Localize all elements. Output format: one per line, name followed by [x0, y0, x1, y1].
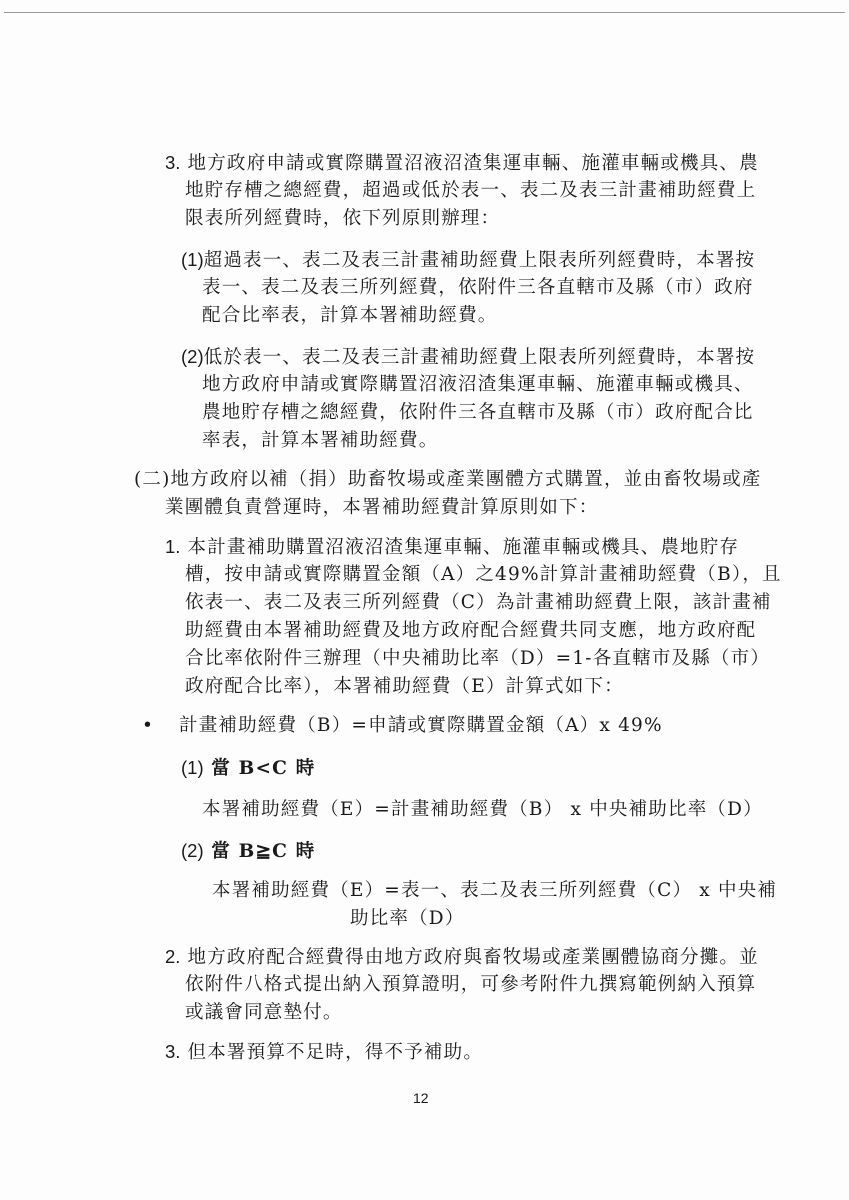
s2-item1-marker: 1. [165, 536, 180, 557]
sub2-line-2: 地方政府申請或實際購置沼液沼渣集運車輛、施灌車輛或機具、 [202, 372, 754, 398]
s2-item2-line-2: 依附件八格式提出納入預算證明，可參考附件九撰寫範例納入預算 [185, 972, 756, 998]
s2-item2-line-3: 或議會同意墊付。 [185, 1000, 343, 1026]
section2-line-1: (二)地方政府以補（捐）助畜牧場或產業團體方式購置，並由畜牧場或產 [134, 467, 762, 493]
case2-marker: (2) [181, 840, 204, 861]
item3-line-3: 限表所列經費時，依下列原則辦理： [185, 206, 500, 232]
case2-heading: (2) 當 B≧C 時 [181, 838, 315, 865]
section2-marker: (二) [134, 469, 171, 490]
sub1-line-3: 配合比率表，計算本署補助經費。 [202, 303, 498, 329]
case2-formula-line-2: 助比率（D） [350, 906, 465, 932]
bullet-marker: • [142, 713, 154, 739]
sub2-line-1: (2)低於表一、表二及表三計畫補助經費上限表所列經費時，本署按 [181, 344, 755, 371]
case2-title: 當 B≧C 時 [211, 841, 315, 862]
item3-line-2: 地貯存槽之總經費，超過或低於表一、表二及表三計畫補助經費上 [185, 178, 756, 204]
s2-item1-line-5: 合比率依附件三辦理（中央補助比率（D）=1-各直轄市及縣（市） [185, 646, 770, 672]
item3-marker: 3. [165, 152, 180, 173]
sub1-marker: (1) [181, 249, 204, 270]
case2-formula-line-1: 本署補助經費（E）=表一、表二及表三所列經費（C） x 中央補 [212, 878, 777, 904]
s2-item2-text-1: 地方政府配合經費得由地方政府與畜牧場或產業團體協商分攤。並 [188, 947, 759, 968]
bullet-formula: 計畫補助經費（B）=申請或實際購置金額（A）x 49% [179, 713, 663, 739]
sub2-text-1: 低於表一、表二及表三計畫補助經費上限表所列經費時，本署按 [204, 347, 756, 368]
s2-item1-text-1: 本計畫補助購置沼液沼渣集運車輛、施灌車輛或機具、農地貯存 [188, 537, 740, 558]
s2-item1-line-2: 槽，按申請或實際購置金額（A）之49%計算計畫補助經費（B），且 [185, 562, 782, 588]
s2-item1-line-6: 政府配合比率），本署補助經費（E）計算式如下： [185, 674, 624, 700]
page-number: 12 [413, 1090, 429, 1106]
sub2-line-4: 率表，計算本署補助經費。 [202, 428, 438, 454]
sub1-line-2: 表一、表二及表三所列經費，依附件三各直轄市及縣（市）政府 [202, 275, 754, 301]
scan-top-border [4, 12, 845, 13]
item3-text-1: 地方政府申請或實際購置沼液沼渣集運車輛、施灌車輛或機具、農 [188, 153, 759, 174]
case1-heading: (1) 當 B<C 時 [181, 755, 315, 782]
case1-title: 當 B<C 時 [211, 758, 315, 779]
case1-formula: 本署補助經費（E）=計畫補助經費（B） x 中央補助比率（D） [202, 797, 763, 823]
case1-marker: (1) [181, 757, 204, 778]
item3-line-1: 3. 地方政府申請或實際購置沼液沼渣集運車輛、施灌車輛或機具、農 [165, 150, 759, 177]
s2-item1-line-4: 助經費由本署補助經費及地方政府配合經費共同支應，地方政府配 [185, 618, 756, 644]
sub1-line-1: (1)超過表一、表二及表三計畫補助經費上限表所列經費時，本署按 [181, 247, 755, 274]
s2-item3-line: 3. 但本署預算不足時，得不予補助。 [165, 1039, 483, 1066]
s2-item2-line-1: 2. 地方政府配合經費得由地方政府與畜牧場或產業團體協商分攤。並 [165, 944, 759, 971]
s2-item2-marker: 2. [165, 946, 180, 967]
sub2-line-3: 農地貯存槽之總經費，依附件三各直轄市及縣（市）政府配合比 [202, 400, 754, 426]
s2-item1-line-3: 依表一、表二及表三所列經費（C）為計畫補助經費上限，該計畫補 [185, 590, 772, 616]
s2-item1-line-1: 1. 本計畫補助購置沼液沼渣集運車輛、施灌車輛或機具、農地貯存 [165, 534, 739, 561]
sub1-text-1: 超過表一、表二及表三計畫補助經費上限表所列經費時，本署按 [204, 250, 756, 271]
s2-item3-marker: 3. [165, 1041, 180, 1062]
section2-text-1: 地方政府以補（捐）助畜牧場或產業團體方式購置，並由畜牧場或產 [171, 469, 762, 490]
sub2-marker: (2) [181, 346, 204, 367]
s2-item3-text: 但本署預算不足時，得不予補助。 [188, 1042, 484, 1063]
section2-line-2: 業團體負責營運時，本署補助經費計算原則如下： [165, 495, 598, 521]
